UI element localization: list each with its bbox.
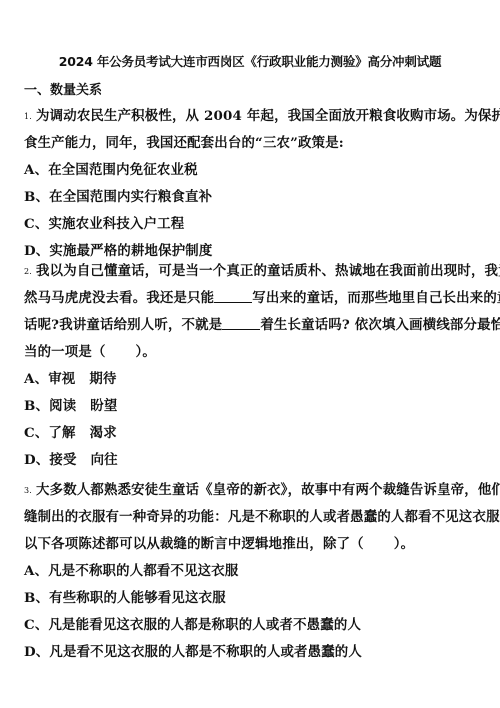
question-3-option-a: A、凡是不称职的人都看不见这衣服 — [24, 562, 480, 580]
fill-blank-1 — [214, 290, 252, 303]
question-3-line-3: 以下各项陈述都可以从裁缝的断言中逻辑地推出，除了（）。 — [24, 535, 480, 553]
question-2-line-3: 话呢?我讲童话给别人听，不就是着生长童话吗? 依次填入画横线部分最恰 — [24, 316, 480, 334]
question-1-option-a: A、在全国范围内免征农业税 — [24, 161, 480, 179]
section-heading: 一、数量关系 — [24, 79, 102, 98]
question-1-line-2: 食生产能力，同年，我国还配套出台的“三农”政策是: — [24, 134, 480, 152]
question-1-option-d: D、实施最严格的耕地保护制度 — [24, 242, 480, 260]
question-2-option-a: A、审视期待 — [24, 370, 480, 388]
question-number: 1. — [24, 112, 32, 121]
question-2-line-1: 2.我以为自己懂童话，可是当一个真正的童话质朴、热诚地在我面前出现时，我竟 — [24, 262, 480, 281]
question-1-line-1: 1.为调动农民生产积极性，从 2004 年起，我国全面放开粮食收购市场。为保护粮 — [24, 107, 480, 126]
question-3-line-1: 3.大多数人都熟悉安徒生童话《皇帝的新衣》，故事中有两个裁缝告诉皇帝，他们 — [24, 481, 480, 500]
question-2-option-d: D、接受向往 — [24, 451, 480, 469]
fill-blank-2 — [222, 317, 260, 330]
question-2-line-4: 当的一项是（）。 — [24, 343, 480, 361]
question-3-option-b: B、有些称职的人能够看见这衣服 — [24, 589, 480, 607]
page-title: 2024 年公务员考试大连市西岗区《行政职业能力测验》高分冲刺试题 — [0, 52, 500, 70]
question-2-option-c: C、了解渴求 — [24, 424, 480, 442]
question-number: 2. — [24, 267, 32, 276]
question-2-option-b: B、阅读盼望 — [24, 397, 480, 415]
question-3-option-c: C、凡是能看见这衣服的人都是称职的人或者不愚蠢的人 — [24, 616, 480, 634]
question-3-line-2: 缝制出的衣服有一种奇异的功能：凡是不称职的人或者愚蠢的人都看不见这衣服。 — [24, 508, 480, 526]
question-1-option-b: B、在全国范围内实行粮食直补 — [24, 188, 480, 206]
question-2-line-2: 然马马虎虎没去看。我还是只能写出来的童话，而那些地里自己长出来的童 — [24, 289, 480, 307]
question-3-option-d: D、凡是看不见这衣服的人都是不称职的人或者愚蠢的人 — [24, 643, 480, 661]
question-number: 3. — [24, 486, 32, 495]
exam-page: 2024 年公务员考试大连市西岗区《行政职业能力测验》高分冲刺试题 一、数量关系… — [0, 0, 500, 708]
question-1-option-c: C、实施农业科技入户工程 — [24, 215, 480, 233]
